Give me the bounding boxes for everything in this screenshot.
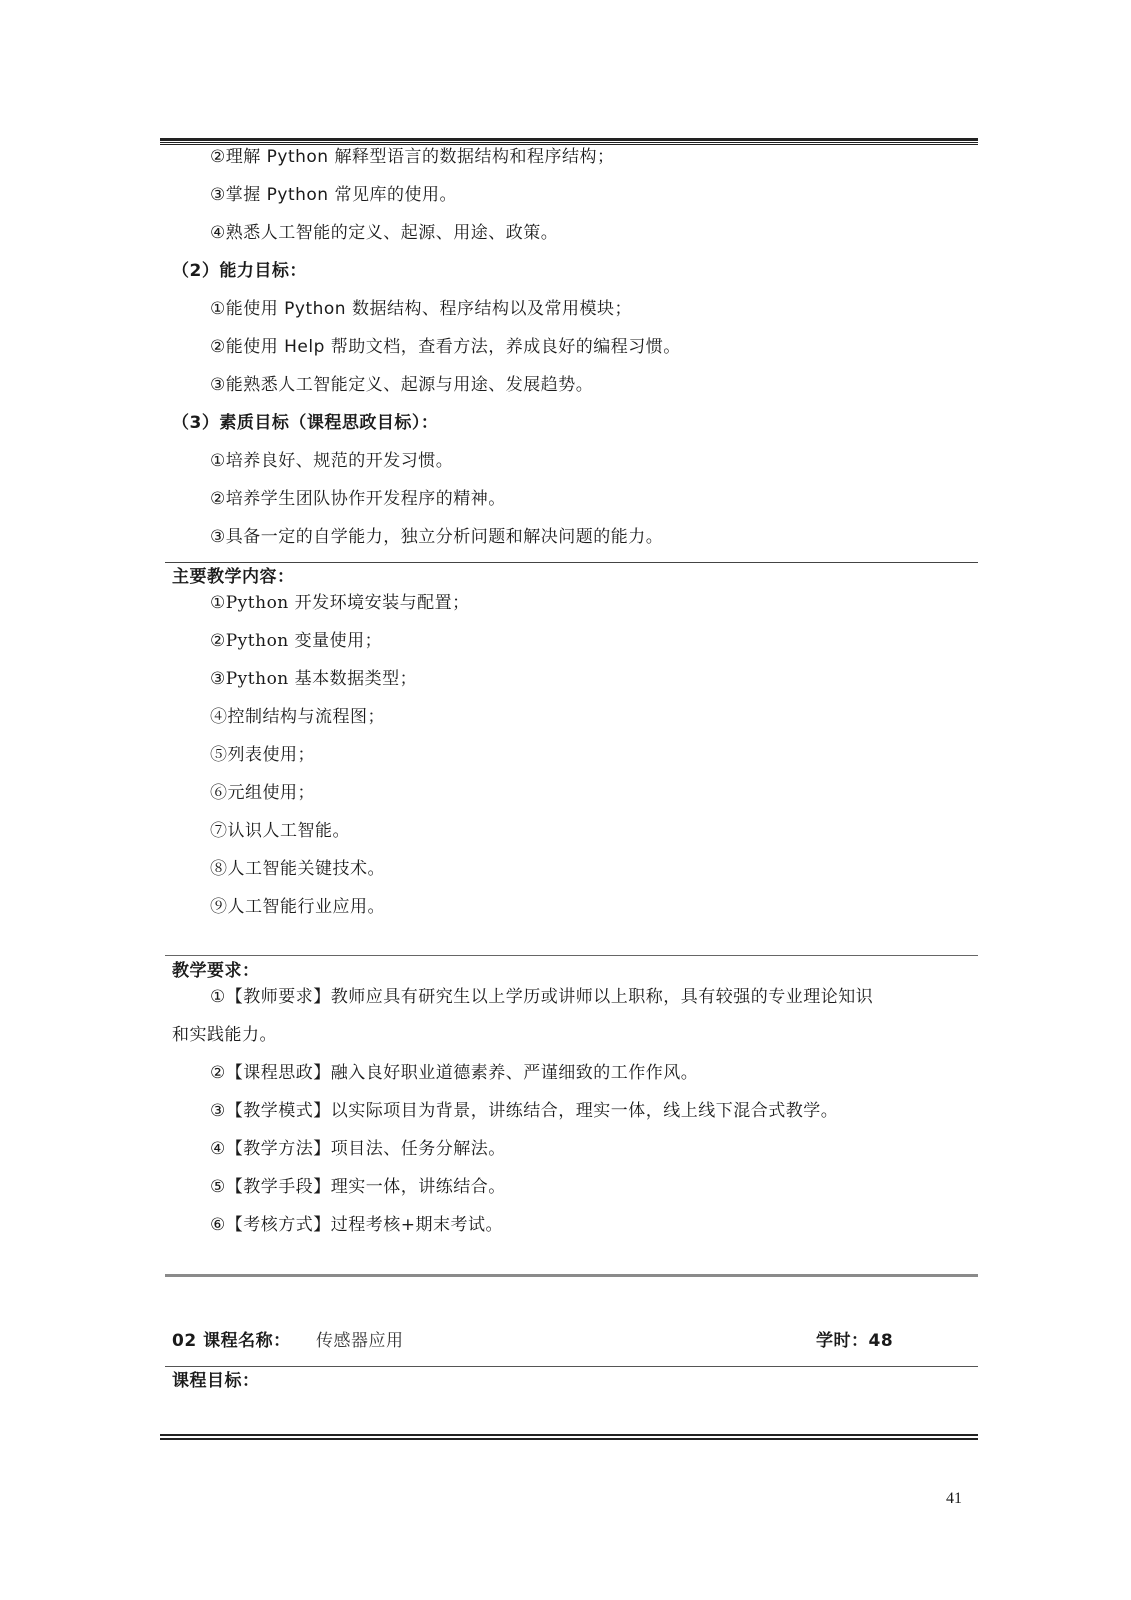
content-item: ①Python 开发环境安装与配置； bbox=[210, 592, 470, 614]
main-content-heading: 主要教学内容： bbox=[172, 566, 295, 588]
requirement-item: ②【课程思政】融入良好职业道德素养、严谨细致的工作作风。 bbox=[210, 1062, 698, 1084]
requirement-item: ④【教学方法】项目法、任务分解法。 bbox=[210, 1138, 506, 1160]
content-item: ⑦认识人工智能。 bbox=[210, 820, 350, 842]
requirement-item-1-cont: 和实践能力。 bbox=[172, 1024, 277, 1046]
section-divider bbox=[165, 562, 978, 563]
content-item: ⑧人工智能关键技术。 bbox=[210, 858, 385, 880]
quality-goal-2: ②培养学生团队协作开发程序的精神。 bbox=[210, 488, 506, 510]
knowledge-goal-4: ④熟悉人工智能的定义、起源、用途、政策。 bbox=[210, 222, 558, 244]
teaching-requirements-heading: 教学要求： bbox=[172, 960, 260, 982]
course-hours: 学时：48 bbox=[816, 1330, 893, 1352]
knowledge-goal-3: ③掌握 Python 常见库的使用。 bbox=[210, 184, 457, 206]
page-number: 41 bbox=[946, 1490, 962, 1508]
content-item: ②Python 变量使用； bbox=[210, 630, 382, 652]
ability-goal-3: ③能熟悉人工智能定义、起源与用途、发展趋势。 bbox=[210, 374, 593, 396]
ability-goal-1: ①能使用 Python 数据结构、程序结构以及常用模块； bbox=[210, 298, 632, 320]
requirement-item: ③【教学模式】以实际项目为背景，讲练结合，理实一体，线上线下混合式教学。 bbox=[210, 1100, 838, 1122]
document-page: ②理解 Python 解释型语言的数据结构和程序结构； ③掌握 Python 常… bbox=[0, 0, 1131, 1600]
requirement-item-1: ①【教师要求】教师应具有研究生以上学历或讲师以上职称，具有较强的专业理论知识 bbox=[210, 986, 873, 1008]
content-item: ④控制结构与流程图； bbox=[210, 706, 385, 728]
requirement-item: ⑥【考核方式】过程考核+期末考试。 bbox=[210, 1214, 503, 1236]
course-header-divider bbox=[165, 1366, 978, 1367]
quality-goals-heading: （3）素质目标（课程思政目标）： bbox=[172, 412, 438, 434]
course-name-label: 02 课程名称： bbox=[172, 1330, 291, 1352]
content-item: ③Python 基本数据类型； bbox=[210, 668, 417, 690]
content-item: ⑨人工智能行业应用。 bbox=[210, 896, 385, 918]
bottom-double-rule bbox=[160, 1434, 978, 1440]
knowledge-goal-2: ②理解 Python 解释型语言的数据结构和程序结构； bbox=[210, 146, 614, 168]
ability-goal-2: ②能使用 Help 帮助文档，查看方法，养成良好的编程习惯。 bbox=[210, 336, 681, 358]
quality-goal-1: ①培养良好、规范的开发习惯。 bbox=[210, 450, 453, 472]
course-name-value: 传感器应用 bbox=[316, 1330, 404, 1352]
course-goals-heading: 课程目标： bbox=[172, 1370, 260, 1392]
top-double-rule bbox=[160, 138, 978, 145]
section-end-rule bbox=[165, 1274, 978, 1277]
requirement-item: ⑤【教学手段】理实一体，讲练结合。 bbox=[210, 1176, 506, 1198]
section-divider bbox=[165, 955, 978, 956]
content-item: ⑥元组使用； bbox=[210, 782, 315, 804]
content-item: ⑤列表使用； bbox=[210, 744, 315, 766]
quality-goal-3: ③具备一定的自学能力，独立分析问题和解决问题的能力。 bbox=[210, 526, 663, 548]
ability-goals-heading: （2）能力目标： bbox=[172, 260, 307, 282]
